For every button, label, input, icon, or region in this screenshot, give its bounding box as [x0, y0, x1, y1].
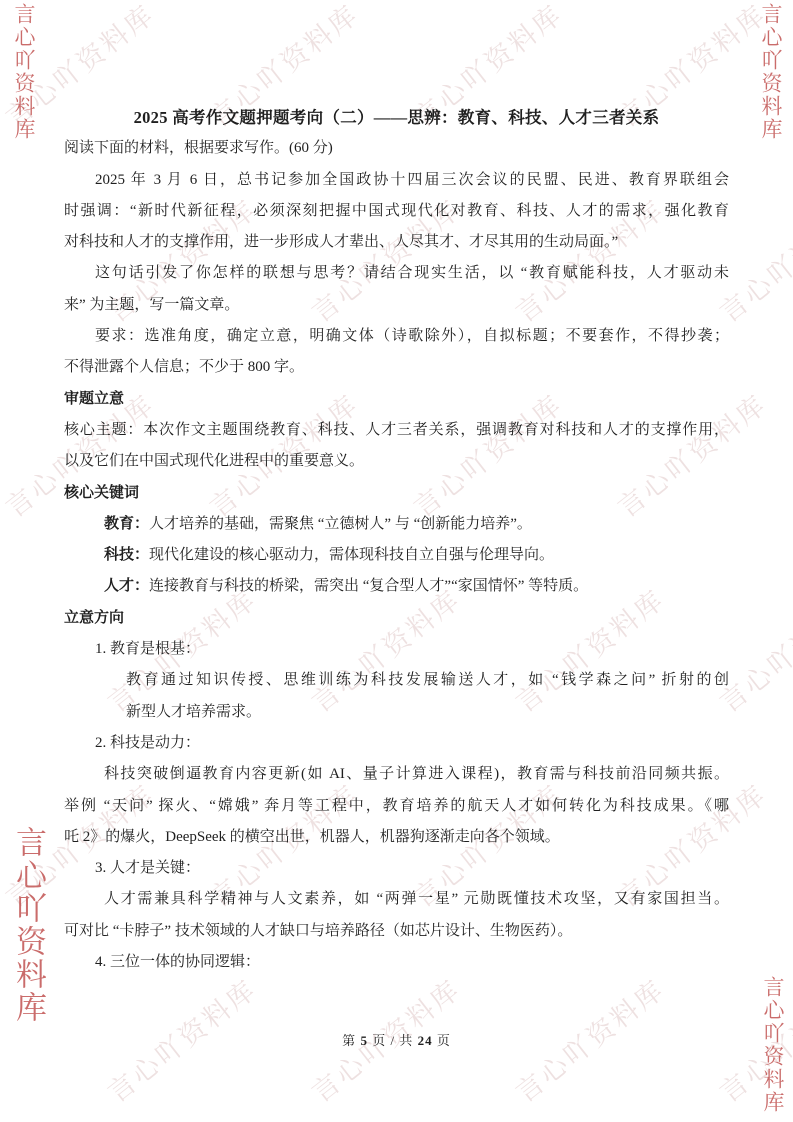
text-line: 教育通过知识传授、思维训练为科技发展输送人才，如 “钱学森之问” 折射的创 [126, 665, 729, 696]
text-line: 人才需兼具科学精神与人文素养，如 “两弹一星” 元勋既懂技术攻坚，又有家国担当。 [104, 884, 729, 915]
text-run: 连接教育与科技的桥梁，需突出 “复合型人才”“家国情怀” 等特质。 [149, 578, 588, 594]
text-line: 2. 科技是动力： [95, 728, 729, 759]
text-line: 人才：连接教育与科技的桥梁，需突出 “复合型人才”“家国情怀” 等特质。 [104, 571, 729, 602]
text-run: 3. 人才是关键： [95, 860, 200, 876]
text-line: 阅读下面的材料，根据要求写作。(60 分) [64, 133, 729, 164]
text-run: 4. 三位一体的协同逻辑： [95, 954, 260, 970]
text-line: 这句话引发了你怎样的联想与思考？请结合现实生活，以 “教育赋能科技，人才驱动未 [95, 258, 729, 289]
text-run: 不得泄露个人信息；不少于 800 字。 [64, 359, 304, 375]
text-line: 新型人才培养需求。 [126, 697, 729, 728]
text-line: 科技：现代化建设的核心驱动力，需体现科技自立自强与伦理导向。 [104, 540, 729, 571]
text-run: 时强调：“新时代新征程，必须深刻把握中国式现代化对教育、科技、人才的需求，强化教… [64, 203, 729, 219]
text-line: 1. 教育是根基： [95, 634, 729, 665]
text-run: 举例 “天问” 探火、“嫦娥” 奔月等工程中，教育培养的航天人才如何转化为科技成… [64, 798, 729, 814]
text-run: 页 / 共 [368, 1033, 418, 1048]
text-line: 2025 年 3 月 6 日，总书记参加全国政协十四届三次会议的民盟、民进、教育… [95, 165, 729, 196]
text-run-bold: 人才： [104, 578, 149, 594]
text-run: 科技突破倒逼教育内容更新(如 AI、量子计算进入课程)，教育需与科技前沿同频共振… [104, 766, 729, 782]
text-line: 4. 三位一体的协同逻辑： [95, 947, 729, 978]
text-run: 第 [342, 1033, 360, 1048]
document-body: 阅读下面的材料，根据要求写作。(60 分)2025 年 3 月 6 日，总书记参… [64, 133, 729, 978]
text-line: 来” 为主题，写一篇文章。 [64, 290, 729, 321]
text-line: 教育：人才培养的基础，需聚焦 “立德树人” 与 “创新能力培养”。 [104, 509, 729, 540]
text-run-bold: 5 [360, 1033, 368, 1048]
section-heading: 核心关键词 [64, 478, 729, 509]
text-line: 要求：选准角度，确定立意，明确文体（诗歌除外），自拟标题；不要套作，不得抄袭； [95, 321, 729, 352]
text-run: 立意方向 [64, 610, 124, 626]
text-line: 科技突破倒逼教育内容更新(如 AI、量子计算进入课程)，教育需与科技前沿同频共振… [104, 759, 729, 790]
text-run: 2. 科技是动力： [95, 735, 200, 751]
text-line: 举例 “天问” 探火、“嫦娥” 奔月等工程中，教育培养的航天人才如何转化为科技成… [64, 791, 729, 822]
section-heading: 立意方向 [64, 603, 729, 634]
document-content: 2025 高考作文题押题考向（二）——思辨：教育、科技、人才三者关系 阅读下面的… [0, 0, 793, 978]
text-line: 对科技和人才的支撑作用，进一步形成人才辈出、人尽其才、才尽其用的生动局面。” [64, 227, 729, 258]
text-line: 核心主题：本次作文主题围绕教育、科技、人才三者关系，强调教育对科技和人才的支撑作… [64, 415, 729, 446]
text-run: 1. 教育是根基： [95, 641, 200, 657]
text-run: 对科技和人才的支撑作用，进一步形成人才辈出、人尽其才、才尽其用的生动局面。” [64, 234, 618, 250]
text-line: 可对比 “卡脖子” 技术领域的人才缺口与培养路径（如芯片设计、生物医药）。 [64, 916, 729, 947]
text-run: 来” 为主题，写一篇文章。 [64, 297, 239, 313]
text-run: 阅读下面的材料，根据要求写作。(60 分) [64, 140, 333, 156]
text-run-bold: 科技： [104, 547, 149, 563]
text-run: 教育通过知识传授、思维训练为科技发展输送人才，如 “钱学森之问” 折射的创 [126, 672, 729, 688]
text-run: 人才需兼具科学精神与人文素养，如 “两弹一星” 元勋既懂技术攻坚，又有家国担当。 [104, 891, 729, 907]
text-line: 以及它们在中国式现代化进程中的重要意义。 [64, 446, 729, 477]
text-line: 3. 人才是关键： [95, 853, 729, 884]
document-title: 2025 高考作文题押题考向（二）——思辨：教育、科技、人才三者关系 [64, 102, 729, 133]
text-run: 核心关键词 [64, 485, 139, 501]
text-run: 现代化建设的核心驱动力，需体现科技自立自强与伦理导向。 [149, 547, 554, 563]
page-number: 第 5 页 / 共 24 页 [0, 1030, 793, 1049]
text-run: 要求：选准角度，确定立意，明确文体（诗歌除外），自拟标题；不要套作，不得抄袭； [95, 328, 729, 344]
text-run: 吒 2》的爆火，DeepSeek 的横空出世，机器人，机器狗逐渐走向各个领域。 [64, 829, 560, 845]
section-heading: 审题立意 [64, 384, 729, 415]
text-run-bold: 教育： [104, 516, 149, 532]
text-run: 新型人才培养需求。 [126, 704, 261, 720]
text-run: 2025 年 3 月 6 日，总书记参加全国政协十四届三次会议的民盟、民进、教育… [95, 172, 729, 188]
text-run: 可对比 “卡脖子” 技术领域的人才缺口与培养路径（如芯片设计、生物医药）。 [64, 923, 572, 939]
text-run: 页 [433, 1033, 451, 1048]
text-run: 核心主题：本次作文主题围绕教育、科技、人才三者关系，强调教育对科技和人才的支撑作… [64, 422, 729, 438]
text-line: 时强调：“新时代新征程，必须深刻把握中国式现代化对教育、科技、人才的需求，强化教… [64, 196, 729, 227]
text-line: 吒 2》的爆火，DeepSeek 的横空出世，机器人，机器狗逐渐走向各个领域。 [64, 822, 729, 853]
document-page: 言心吖资料库言心吖资料库言心吖资料库言心吖资料库言心吖资料库言心吖资料库言心吖资… [0, 0, 793, 1122]
text-run: 审题立意 [64, 391, 124, 407]
text-line: 不得泄露个人信息；不少于 800 字。 [64, 352, 729, 383]
text-run: 人才培养的基础，需聚焦 “立德树人” 与 “创新能力培养”。 [149, 516, 532, 532]
text-run: 这句话引发了你怎样的联想与思考？请结合现实生活，以 “教育赋能科技，人才驱动未 [95, 265, 729, 281]
text-run-bold: 24 [418, 1033, 433, 1048]
text-run: 以及它们在中国式现代化进程中的重要意义。 [64, 453, 364, 469]
